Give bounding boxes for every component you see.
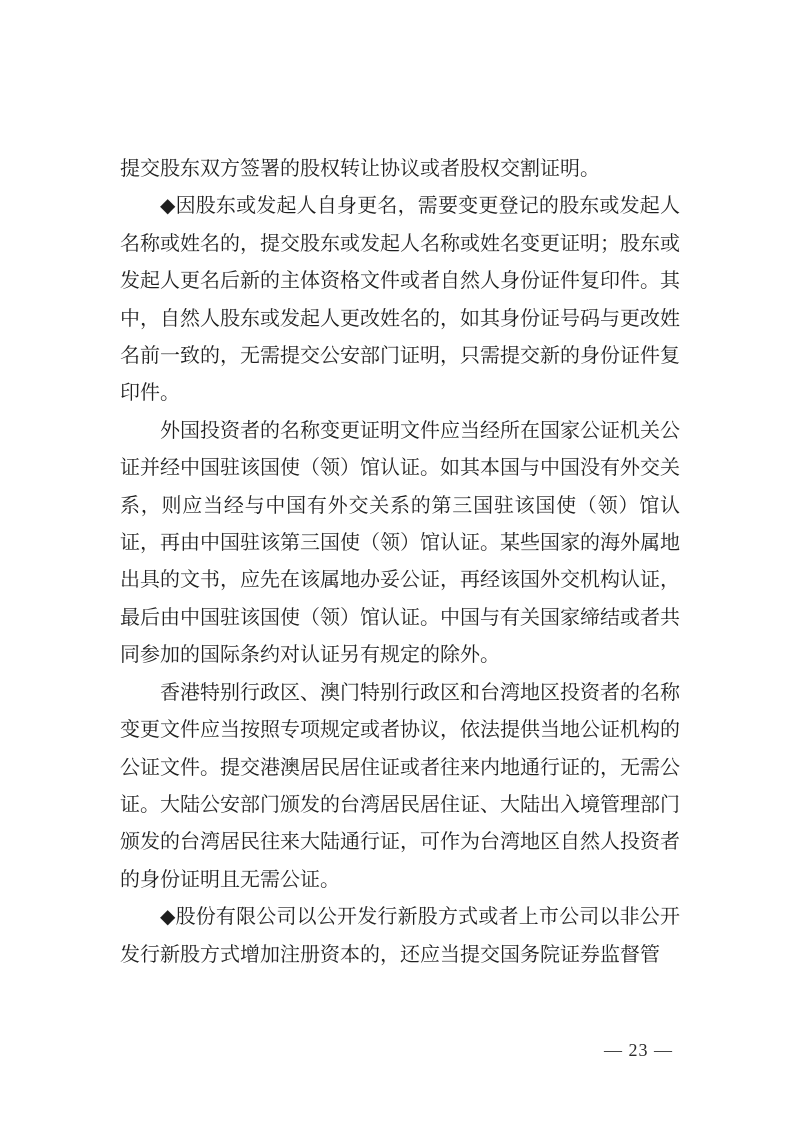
paragraph: ◆因股东或发起人自身更名，需要变更登记的股东或发起人名称或姓名的，提交股东或发起… (120, 188, 680, 412)
document-page: 提交股东双方签署的股权转让协议或者股权交割证明。◆因股东或发起人自身更名，需要变… (0, 0, 793, 1122)
paragraph: 香港特别行政区、澳门特别行政区和台湾地区投资者的名称变更文件应当按照专项规定或者… (120, 675, 680, 899)
page-number: — 23 — (0, 1040, 673, 1061)
paragraph: ◆股份有限公司以公开发行新股方式或者上市公司以非公开发行新股方式增加注册资本的，… (120, 899, 680, 974)
paragraph: 提交股东双方签署的股权转让协议或者股权交割证明。 (120, 151, 680, 188)
paragraph: 外国投资者的名称变更证明文件应当经所在国家公证机关公证并经中国驻该国使（领）馆认… (120, 413, 680, 675)
document-body: 提交股东双方签署的股权转让协议或者股权交割证明。◆因股东或发起人自身更名，需要变… (120, 151, 680, 974)
